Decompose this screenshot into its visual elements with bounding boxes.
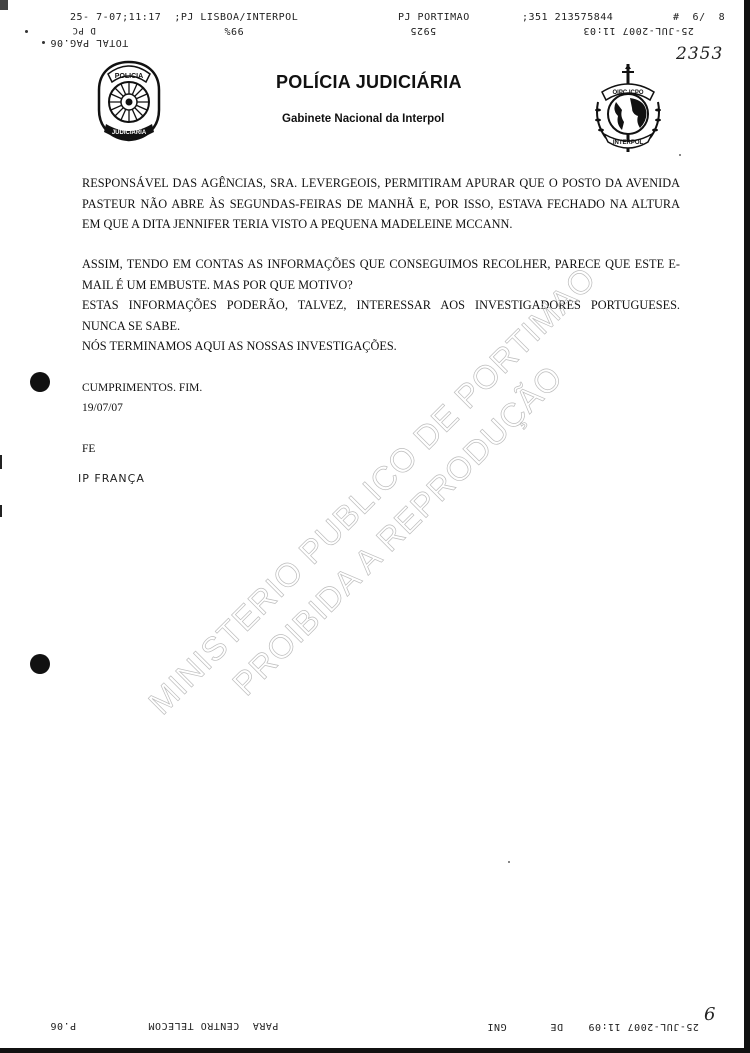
svg-text:INTERPOL: INTERPOL <box>613 140 644 146</box>
fax-inverted-datetime: 25-JUL-2007 11:03 <box>583 25 694 36</box>
fax-inverted-label: D PC <box>72 25 96 35</box>
fax-header-recipient: PJ PORTIMAO <box>398 12 470 23</box>
closing-line: CUMPRIMENTOS. FIM. <box>82 378 680 399</box>
letterhead-title: POLÍCIA JUDICIÁRIA <box>276 72 462 93</box>
handwritten-signature: IP FRANÇA <box>78 472 145 485</box>
body-paragraph-2: ASSIM, TENDO EM CONTAS AS INFORMAÇÕES QU… <box>82 254 680 357</box>
fax-inverted-code: 5925 <box>410 25 436 36</box>
paragraph-1-line-2: PASTEUR NÃO ABRE ÀS SEGUNDAS-FEIRAS DE M… <box>82 194 680 215</box>
fax-inverted-percent: 99% <box>224 25 244 36</box>
fax-header-page: # 6/ 8 <box>673 12 725 23</box>
scan-right-border <box>744 0 750 1053</box>
fax-footer-page: P.06 <box>50 1020 76 1031</box>
fax-footer-de: DE <box>550 1021 563 1032</box>
hole-punch-mark <box>30 372 50 392</box>
paragraph-1-line-1: RESPONSÁVEL DAS AGÊNCIAS, SRA. LEVERGEOI… <box>82 173 680 194</box>
scan-bottom-border <box>0 1048 750 1053</box>
fax-header-sender: 25- 7-07;11:17 ;PJ LISBOA/INTERPOL <box>70 12 298 23</box>
body-paragraph-1: RESPONSÁVEL DAS AGÊNCIAS, SRA. LEVERGEOI… <box>82 173 680 235</box>
fax-footer-datetime: 25-JUL-2007 11:09 <box>588 1021 699 1032</box>
paragraph-1-line-3: EM QUE A DITA JENNIFER TERIA VISTO A PEQ… <box>82 214 680 235</box>
letter-date: 19/07/07 <box>82 398 680 419</box>
scan-speck <box>42 41 45 44</box>
scan-corner-mark <box>0 0 8 10</box>
paragraph-2-line-4: NUNCA SE SABE. <box>82 316 680 337</box>
paragraph-2-line-5: NÓS TERMINAMOS AQUI AS NOSSAS INVESTIGAÇ… <box>82 336 680 357</box>
svg-text:POLICIA: POLICIA <box>115 73 143 80</box>
scan-speck <box>679 154 681 156</box>
letterhead-subtitle: Gabinete Nacional da Interpol <box>282 113 444 125</box>
policia-judiciaria-badge-icon: POLICIA JUDICIÁRIA <box>96 60 162 142</box>
scan-speck <box>25 30 28 33</box>
interpol-globe-sword-icon: OIPC ICPO INTERPOL <box>592 62 664 158</box>
scan-speck <box>508 861 510 863</box>
svg-text:JUDICIÁRIA: JUDICIÁRIA <box>112 129 147 136</box>
paragraph-2-line-1: ASSIM, TENDO EM CONTAS AS INFORMAÇÕES QU… <box>82 254 680 275</box>
fax-footer-gni: GNI <box>487 1021 507 1032</box>
scan-edge-mark <box>0 455 2 469</box>
hole-punch-mark <box>30 654 50 674</box>
fax-header-phone: ;351 213575844 <box>522 12 613 23</box>
fax-inverted-total-pages: TOTAL PAG.06 <box>50 37 128 48</box>
scan-edge-mark <box>0 505 2 517</box>
handwritten-document-number: 2353 <box>676 44 723 64</box>
fax-footer-destination: PARA CENTRO TELECOM <box>148 1020 278 1031</box>
handwritten-page-number: 6 <box>704 1004 715 1025</box>
